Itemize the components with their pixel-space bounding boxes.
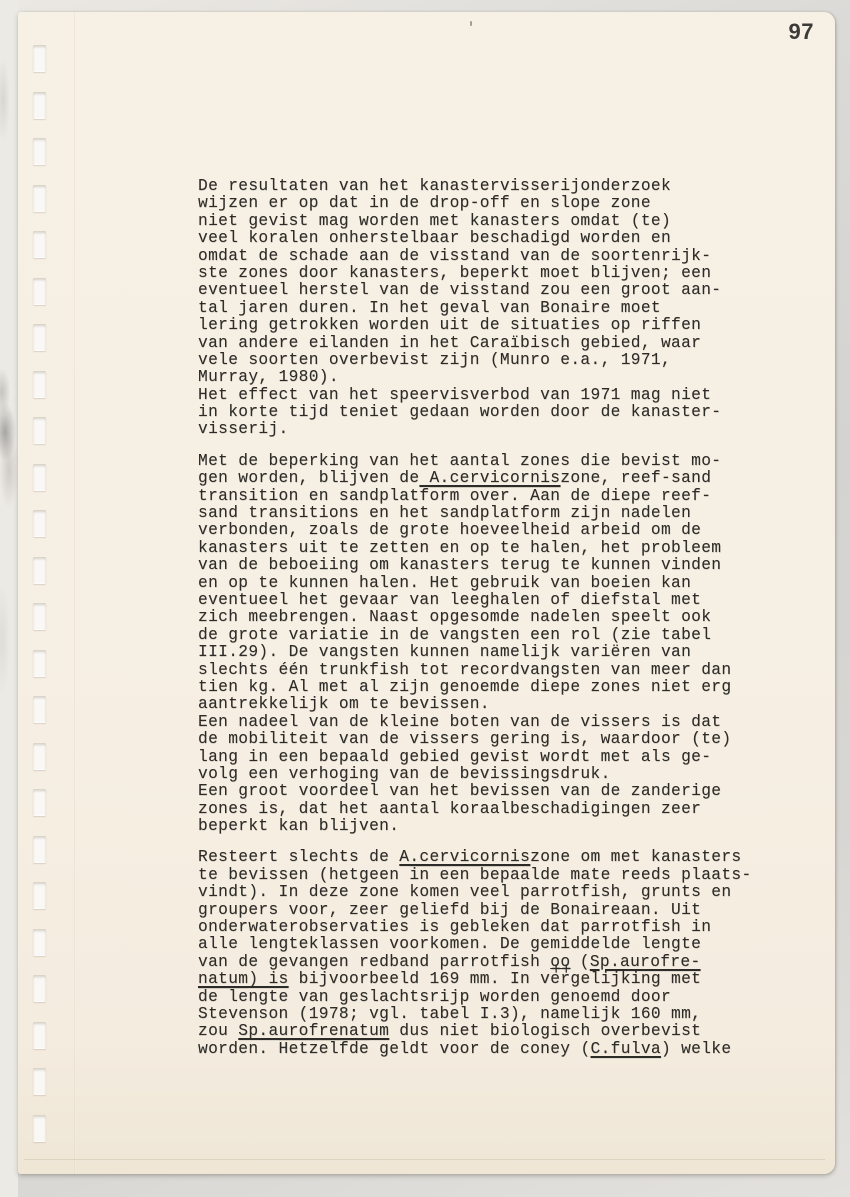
binding-hole [33, 45, 46, 72]
binding-hole [33, 371, 46, 398]
binding-hole [33, 1022, 46, 1049]
species-name: A.cervicornis [429, 469, 560, 487]
binding-hole [33, 743, 46, 770]
text-segment: volg een verhoging van de bevissingsdruk… [198, 765, 611, 783]
text-segment: de grote variatie in de vangsten een rol… [198, 626, 711, 644]
text-line: en op te kunnen halen. Het gebruik van b… [198, 575, 783, 592]
text-segment: alle lengteklassen voorkomen. De gemidde… [198, 935, 701, 953]
text-line: Een nadeel van de kleine boten van de vi… [198, 714, 783, 731]
text-line: te bevissen (hetgeen in een bepaalde mat… [198, 867, 783, 884]
text-segment: Stevenson (1978; vgl. tabel I.3), nameli… [198, 1005, 701, 1023]
text-segment: Een nadeel van de kleine boten van de vi… [198, 713, 721, 731]
text-line: veel koralen onherstelbaar beschadigd wo… [198, 230, 783, 247]
text-segment: niet gevist mag worden met kanasters omd… [198, 212, 671, 230]
text-segment: zone, reef-sand [560, 469, 711, 487]
binding-hole [33, 464, 46, 491]
paragraph: Met de beperking van het aantal zones di… [198, 453, 783, 836]
text-segment: tal jaren duren. In het geval van Bonair… [198, 299, 661, 317]
text-segment: van de beboeiing om kanasters terug te k… [198, 556, 721, 574]
text-segment: beperkt kan blijven. [198, 817, 399, 835]
text-segment: vindt). In deze zone komen veel parrotfi… [198, 883, 731, 901]
underline-artifact: form over. Aan [419, 487, 560, 505]
paper-crease [24, 1159, 825, 1160]
text-segment: en op te kunnen halen. Het gebruik van b… [198, 574, 691, 592]
text-line: in korte tijd teniet gedaan worden door … [198, 404, 783, 421]
underline-artifact: in een bepaa [409, 866, 530, 884]
text-segment: ) is bijvoorbeeld 169 mm. In vergelijkin… [248, 970, 701, 988]
text-line: vele soorten overbevist zijn (Munro e.a.… [198, 352, 783, 369]
text-segment: veel koralen onherstelbaar beschadigd wo… [198, 229, 671, 247]
text-line: worden. Hetzelfde geldt voor de coney (C… [198, 1041, 783, 1058]
text-line: natum) is bijvoorbeeld 169 mm. In vergel… [198, 971, 783, 988]
text-line: lering getrokken worden uit de situaties… [198, 317, 783, 334]
text-segment: ( [570, 953, 590, 971]
text-line: Het effect van het speervisverbod van 19… [198, 387, 783, 404]
text-line: omdat de schade aan de visstand van de s… [198, 248, 783, 265]
text-segment: van geslachtsrijp worden genoemd door [289, 988, 671, 1006]
text-segment: tien kg. Al met al zijn genoemde diepe z… [198, 678, 731, 696]
text-line: visserij. [198, 421, 783, 438]
text-line: de grote variatie in de vangsten een rol… [198, 627, 783, 644]
underline-artifact: Hetzelfde [279, 1040, 370, 1058]
binding-hole [33, 138, 46, 165]
binding-hole [33, 185, 46, 212]
text-line: slechts één trunkfish tot recordvangsten… [198, 662, 783, 679]
scan-background: { "page": { "number": "97" }, "colors": … [0, 0, 850, 1197]
text-segment: te bevissen (hetgeen [198, 866, 409, 884]
text-segment: groupers voor, zeer geliefd bij de Bonai… [198, 901, 701, 919]
text-line: van de beboeiing om kanasters terug te k… [198, 557, 783, 574]
text-line: de mobiliteit van de vissers gering is, … [198, 731, 783, 748]
text-segment: lering getrokken worden uit de situaties… [198, 316, 701, 334]
text-segment: de mobiliteit van de vissers gering is, … [198, 730, 731, 748]
text-segment: Murray, 1980). [198, 368, 339, 386]
binding-hole [33, 92, 46, 119]
text-line: III.29). De vangsten kunnen namelijk var… [198, 644, 783, 661]
text-segment: eventueel herstel van de visstand zou ee… [198, 281, 721, 299]
binding-hole [33, 278, 46, 305]
text-segment: slechts één trunkfish tot recordvangsten… [198, 661, 731, 679]
female-symbol: oo++ [550, 954, 569, 971]
text-line: zou Sp.aurofrenatum dus niet biologisch … [198, 1023, 783, 1040]
scan-margin-smudges [0, 0, 18, 1197]
text-line: gen worden, blijven de A.cervicorniszone… [198, 470, 783, 487]
text-segment: zich meebrengen. Naast opgesomde nadelen… [198, 608, 711, 626]
text-line: kanasters uit te zetten en op te halen, … [198, 540, 783, 557]
text-line: verbonden, zoals de grote hoeveelheid ar… [198, 522, 783, 539]
text-line: Stevenson (1978; vgl. tabel I.3), nameli… [198, 1006, 783, 1023]
text-segment: Resteert slechts de [198, 848, 399, 866]
text-line: niet gevist mag worden met kanasters omd… [198, 213, 783, 230]
text-line: Een groot voordeel van het bevissen van … [198, 783, 783, 800]
binding-hole [33, 231, 46, 258]
text-line: Resteert slechts de A.cervicorniszone om… [198, 849, 783, 866]
binding-hole [33, 650, 46, 677]
text-segment: eventueel het gevaar van leeghalen of di… [198, 591, 701, 609]
species-name: Sp.aurofrenatum [238, 1022, 389, 1040]
text-segment: vele soorten overbevist zijn (Munro e.a.… [198, 351, 671, 369]
text-segment: in korte tijd teniet gedaan worden door … [198, 403, 721, 421]
text-segment: Het effect van het speervisverbod van 19… [198, 386, 711, 404]
text-segment: worden. [198, 1040, 279, 1058]
text-line: vindt). In deze zone komen veel parrotfi… [198, 884, 783, 901]
text-segment: dus niet biologisch overbevist [389, 1022, 701, 1040]
text-line: eventueel het gevaar van leeghalen of di… [198, 592, 783, 609]
text-segment: gen worden, blijven de [198, 469, 429, 487]
paragraph: Resteert slechts de A.cervicorniszone om… [198, 849, 783, 1058]
binding-hole [33, 417, 46, 444]
text-segment: onderwaterobservaties is gebleken dat pa… [198, 918, 711, 936]
binding-hole [33, 975, 46, 1002]
text-line: wijzen er op dat in de drop-off en slope… [198, 195, 783, 212]
text-segment: sand transitions en het sandplatform zij… [198, 504, 691, 522]
text-line: tien kg. Al met al zijn genoemde diepe z… [198, 679, 783, 696]
text-segment: Met de beperking van het aantal zones di… [198, 452, 721, 470]
text-line: sand transitions en het sandplatform zij… [198, 505, 783, 522]
binding-hole [33, 836, 46, 863]
text-line: volg een verhoging van de bevissingsdruk… [198, 766, 783, 783]
text-line: van de gevangen redband parrotfish oo++ … [198, 954, 783, 971]
text-line: ste zones door kanasters, beperkt moet b… [198, 265, 783, 282]
text-line: de lengte van geslachtsrijp worden genoe… [198, 989, 783, 1006]
text-segment: zones is, dat het aantal koraalbeschadig… [198, 800, 701, 818]
binding-hole [33, 557, 46, 584]
text-line: aantrekkelijk om te bevissen. [198, 696, 783, 713]
text-line: zones is, dat het aantal koraalbeschadig… [198, 801, 783, 818]
text-line: Murray, 1980). [198, 369, 783, 386]
text-segment: geldt voor de coney ( [369, 1040, 590, 1058]
binding-hole [33, 1115, 46, 1142]
species-name: C.fulva [591, 1040, 661, 1058]
text-line: beperkt kan blijven. [198, 818, 783, 835]
species-name: natum [198, 970, 248, 988]
page-number: 97 [789, 19, 814, 45]
text-segment: aantrekkelijk om te bevissen. [198, 695, 490, 713]
text-segment: van andere eilanden in het Caraïbisch ge… [198, 334, 701, 352]
text-line: transition en sandplatform over. Aan de … [198, 488, 783, 505]
binding-hole [33, 324, 46, 351]
text-line: lang in een bepaald gebied gevist wordt … [198, 749, 783, 766]
text-segment: omdat de schade aan de visstand van de s… [198, 247, 711, 265]
text-segment: De resultaten van het kanastervisserijon… [198, 177, 671, 195]
binding-hole [33, 929, 46, 956]
text-segment: lde mate reeds plaats- [530, 866, 751, 884]
binding-hole [33, 882, 46, 909]
binding-crease [74, 12, 76, 1174]
species-name: A.cervicornis [399, 848, 530, 866]
scan-speck [470, 21, 472, 26]
typewritten-text: De resultaten van het kanastervisserijon… [198, 178, 783, 1072]
text-segment: zou [198, 1022, 238, 1040]
text-line: van andere eilanden in het Caraïbisch ge… [198, 335, 783, 352]
binding-hole [33, 1068, 46, 1095]
text-segment: Een groot voordeel van het bevissen van … [198, 782, 721, 800]
text-segment: verbonden, zoals de grote hoeveelheid ar… [198, 521, 701, 539]
text-line: tal jaren duren. In het geval van Bonair… [198, 300, 783, 317]
species-name: Sp.aurofre- [590, 953, 701, 971]
paragraph: De resultaten van het kanastervisserijon… [198, 178, 783, 439]
text-line: groupers voor, zeer geliefd bij de Bonai… [198, 902, 783, 919]
text-segment: ste zones door kanasters, beperkt moet b… [198, 264, 711, 282]
text-segment: kanasters uit te zetten en op te halen, … [198, 539, 721, 557]
text-segment: visserij. [198, 420, 289, 438]
document-page: 97 De resultaten van het kanastervisseri… [18, 12, 835, 1174]
text-segment: wijzen er op dat in de drop-off en slope… [198, 194, 651, 212]
text-line: alle lengteklassen voorkomen. De gemidde… [198, 936, 783, 953]
text-line: Met de beperking van het aantal zones di… [198, 453, 783, 470]
text-line: zich meebrengen. Naast opgesomde nadelen… [198, 609, 783, 626]
binding-hole [33, 696, 46, 723]
text-line: onderwaterobservaties is gebleken dat pa… [198, 919, 783, 936]
text-segment: van de gevangen redband parrotfish [198, 953, 550, 971]
binding-hole [33, 789, 46, 816]
text-line: eventueel herstel van de visstand zou ee… [198, 282, 783, 299]
text-segment: lang in een bepaald gebied gevist wordt … [198, 748, 711, 766]
binding-hole [33, 510, 46, 537]
text-segment: transition en sandplat [198, 487, 419, 505]
binding-hole [33, 603, 46, 630]
text-segment: III.29). De vangsten kunnen namelijk var… [198, 643, 691, 661]
text-segment: zone om met kanasters [530, 848, 741, 866]
text-segment: de diepe reef- [560, 487, 711, 505]
text-line: De resultaten van het kanastervisserijon… [198, 178, 783, 195]
underline-artifact: de lengte [198, 988, 289, 1006]
text-segment: ) welke [661, 1040, 731, 1058]
